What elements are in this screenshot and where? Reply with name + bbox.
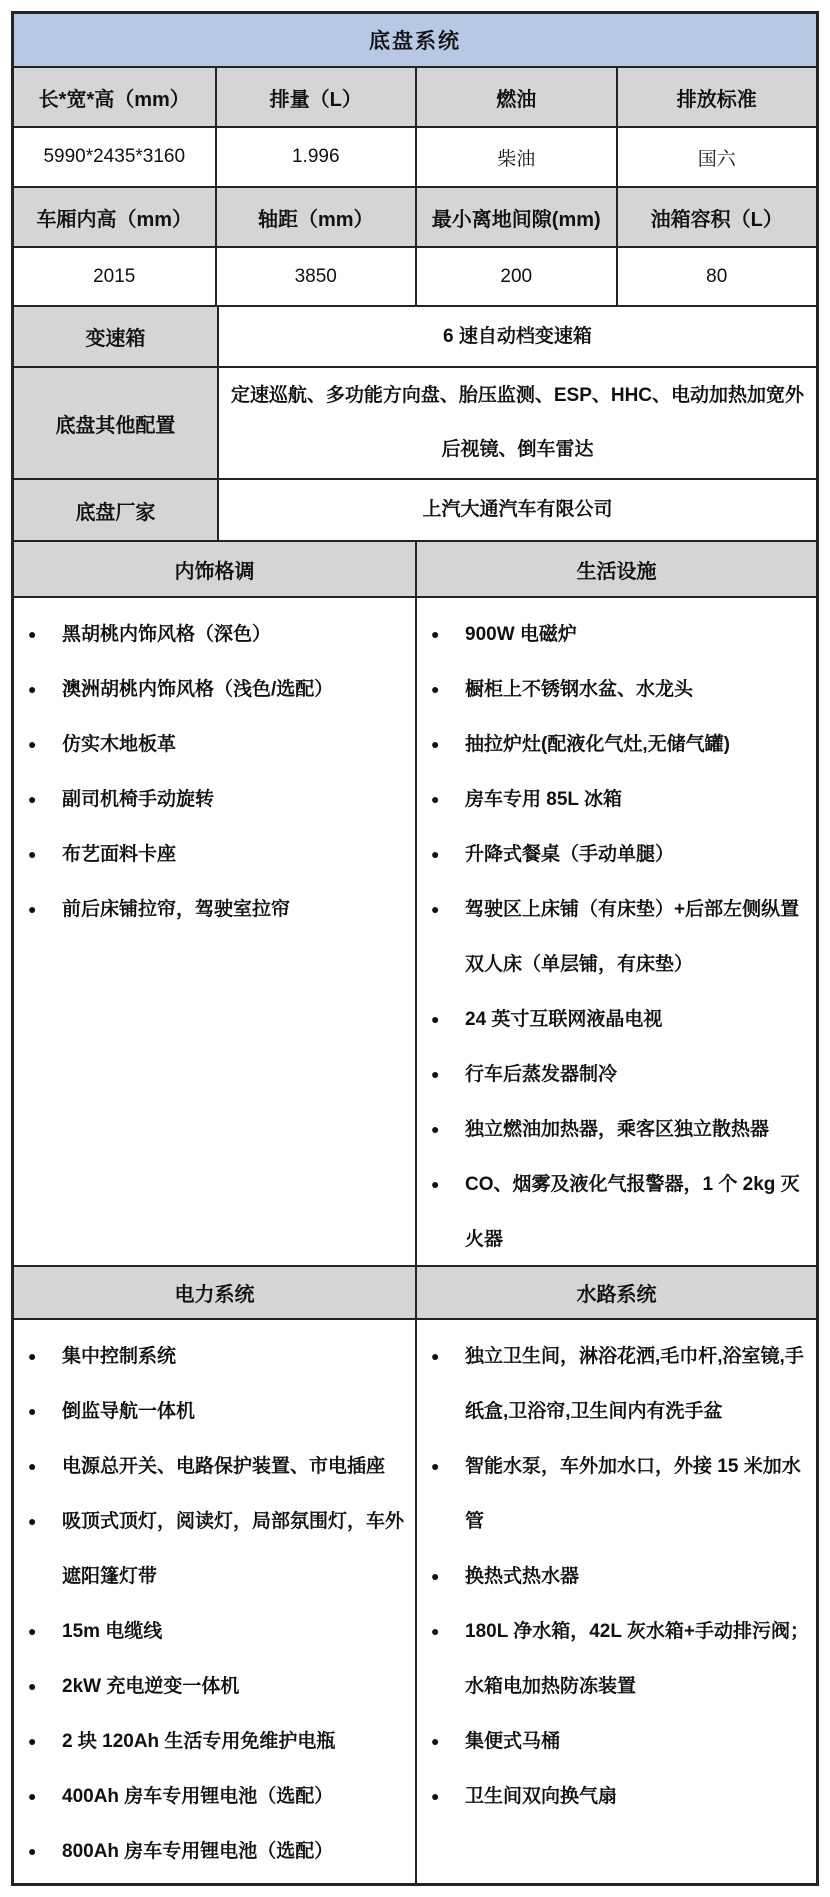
bullet-icon: ● — [431, 1102, 465, 1157]
spec-value-row-1: 5990*2435*3160 1.996 柴油 国六 — [14, 126, 816, 186]
spec-value-row-2: 2015 3850 200 80 — [14, 246, 816, 305]
list-item-text: 澳洲胡桃内饰风格（浅色/选配） — [62, 662, 411, 717]
list-item: ●换热式热水器 — [431, 1549, 812, 1604]
list-item-text: 抽拉炉灶(配液化气灶,无储气罐) — [465, 717, 812, 772]
section-lists-row-2: ●集中控制系统 ●倒监导航一体机 ●电源总开关、电路保护装置、市电插座 ●吸顶式… — [14, 1318, 816, 1883]
list-item: ●800Ah 房车专用锂电池（选配） — [28, 1824, 411, 1879]
list-item: ●2kW 充电逆变一体机 — [28, 1659, 411, 1714]
list-item-text: 800Ah 房车专用锂电池（选配） — [62, 1824, 411, 1879]
column-header: 最小离地间隙(mm) — [415, 188, 616, 246]
spec-value: 2015 — [14, 248, 215, 305]
interior-list: ●黑胡桃内饰风格（深色） ●澳洲胡桃内饰风格（浅色/选配） ●仿实木地板革 ●副… — [14, 598, 415, 1265]
section-lists-row-1: ●黑胡桃内饰风格（深色） ●澳洲胡桃内饰风格（浅色/选配） ●仿实木地板革 ●副… — [14, 596, 816, 1265]
spec-value: 国六 — [616, 128, 817, 186]
section-header-living: 生活设施 — [415, 542, 816, 596]
list-item-text: 独立卫生间，淋浴花洒,毛巾杆,浴室镜,手纸盒,卫浴帘,卫生间内有洗手盆 — [465, 1329, 812, 1439]
bullet-icon: ● — [28, 1494, 62, 1604]
list-item-text: 布艺面料卡座 — [62, 827, 411, 882]
list-item: ●吸顶式顶灯，阅读灯，局部氛围灯，车外遮阳篷灯带 — [28, 1494, 411, 1604]
list-item: ●驾驶区上床铺（有床垫）+后部左侧纵置双人床（单层铺，有床垫） — [431, 882, 812, 992]
column-header: 排放标准 — [616, 68, 817, 126]
list-item: ●布艺面料卡座 — [28, 827, 411, 882]
water-list: ●独立卫生间，淋浴花洒,毛巾杆,浴室镜,手纸盒,卫浴帘,卫生间内有洗手盆 ●智能… — [415, 1320, 816, 1883]
list-item-text: 黑胡桃内饰风格（深色） — [62, 607, 411, 662]
column-header: 长*宽*高（mm） — [14, 68, 215, 126]
list-item: ●独立卫生间，淋浴花洒,毛巾杆,浴室镜,手纸盒,卫浴帘,卫生间内有洗手盆 — [431, 1329, 812, 1439]
list-item-text: 2 块 120Ah 生活专用免维护电瓶 — [62, 1714, 411, 1769]
bullet-icon: ● — [431, 1047, 465, 1102]
bullet-icon: ● — [28, 1384, 62, 1439]
list-item: ●仿实木地板革 — [28, 717, 411, 772]
power-list: ●集中控制系统 ●倒监导航一体机 ●电源总开关、电路保护装置、市电插座 ●吸顶式… — [14, 1320, 415, 1883]
list-item: ●橱柜上不锈钢水盆、水龙头 — [431, 662, 812, 717]
bullet-icon: ● — [431, 1549, 465, 1604]
list-item-text: 升降式餐桌（手动单腿） — [465, 827, 812, 882]
bullet-icon: ● — [28, 1604, 62, 1659]
list-item-text: CO、烟雾及液化气报警器，1 个 2kg 灭火器 — [465, 1157, 812, 1265]
row-value: 上汽大通汽车有限公司 — [217, 480, 816, 540]
column-header: 油箱容积（L） — [616, 188, 817, 246]
list-item-text: 倒监导航一体机 — [62, 1384, 411, 1439]
list-item: ●副司机椅手动旋转 — [28, 772, 411, 827]
list-item-text: 吸顶式顶灯，阅读灯，局部氛围灯，车外遮阳篷灯带 — [62, 1494, 411, 1604]
list-item-text: 卫生间双向换气扇 — [465, 1769, 812, 1824]
list-item-text: 换热式热水器 — [465, 1549, 812, 1604]
list-item-text: 2kW 充电逆变一体机 — [62, 1659, 411, 1714]
list-item-text: 行车后蒸发器制冷 — [465, 1047, 812, 1102]
bullet-icon: ● — [28, 827, 62, 882]
column-header: 轴距（mm） — [215, 188, 416, 246]
bullet-icon: ● — [431, 1157, 465, 1265]
bullet-icon: ● — [28, 1329, 62, 1384]
list-item: ●集中控制系统 — [28, 1329, 411, 1384]
list-item: ●房车专用 85L 冰箱 — [431, 772, 812, 827]
spec-value: 200 — [415, 248, 616, 305]
bullet-icon: ● — [431, 992, 465, 1047]
list-item-text: 独立燃油加热器，乘客区独立散热器 — [465, 1102, 812, 1157]
bullet-icon: ● — [431, 1604, 465, 1714]
list-item-text: 电源总开关、电路保护装置、市电插座 — [62, 1439, 411, 1494]
list-item-text: 橱柜上不锈钢水盆、水龙头 — [465, 662, 812, 717]
chassis-maker-row: 底盘厂家 上汽大通汽车有限公司 — [14, 478, 816, 540]
list-item: ●倒监导航一体机 — [28, 1384, 411, 1439]
list-item: ●900W 电磁炉 — [431, 607, 812, 662]
list-item-text: 副司机椅手动旋转 — [62, 772, 411, 827]
living-list: ●900W 电磁炉 ●橱柜上不锈钢水盆、水龙头 ●抽拉炉灶(配液化气灶,无储气罐… — [415, 598, 816, 1265]
list-item-text: 驾驶区上床铺（有床垫）+后部左侧纵置双人床（单层铺，有床垫） — [465, 882, 812, 992]
spec-value: 柴油 — [415, 128, 616, 186]
bullet-icon: ● — [28, 1824, 62, 1879]
bullet-icon: ● — [431, 1439, 465, 1549]
bullet-icon: ● — [431, 1329, 465, 1439]
column-header: 排量（L） — [215, 68, 416, 126]
bullet-icon: ● — [431, 1714, 465, 1769]
bullet-icon: ● — [28, 1769, 62, 1824]
bullet-icon: ● — [28, 717, 62, 772]
list-item-text: 集中控制系统 — [62, 1329, 411, 1384]
row-value: 6 速自动档变速箱 — [217, 307, 816, 366]
list-item-text: 400Ah 房车专用锂电池（选配） — [62, 1769, 411, 1824]
spec-header-row-1: 长*宽*高（mm） 排量（L） 燃油 排放标准 — [14, 66, 816, 126]
title-row: 底盘系统 — [14, 14, 816, 66]
bullet-icon: ● — [431, 882, 465, 992]
list-item: ●独立燃油加热器，乘客区独立散热器 — [431, 1102, 812, 1157]
list-item: ●电源总开关、电路保护装置、市电插座 — [28, 1439, 411, 1494]
spec-sheet-table: 底盘系统 长*宽*高（mm） 排量（L） 燃油 排放标准 5990*2435*3… — [11, 11, 819, 1886]
spec-value: 80 — [616, 248, 817, 305]
list-item-text: 智能水泵，车外加水口，外接 15 米加水管 — [465, 1439, 812, 1549]
spec-value: 3850 — [215, 248, 416, 305]
section-header-row-1: 内饰格调 生活设施 — [14, 540, 816, 596]
row-label: 变速箱 — [14, 307, 217, 366]
section-header-interior: 内饰格调 — [14, 542, 415, 596]
bullet-icon: ● — [431, 827, 465, 882]
list-item-text: 前后床铺拉帘，驾驶室拉帘 — [62, 882, 411, 937]
list-item: ●2 块 120Ah 生活专用免维护电瓶 — [28, 1714, 411, 1769]
column-header: 燃油 — [415, 68, 616, 126]
section-header-power: 电力系统 — [14, 1267, 415, 1318]
bullet-icon: ● — [28, 1714, 62, 1769]
bullet-icon: ● — [431, 607, 465, 662]
bullet-icon: ● — [431, 772, 465, 827]
bullet-icon: ● — [28, 772, 62, 827]
gearbox-row: 变速箱 6 速自动档变速箱 — [14, 305, 816, 366]
spec-header-row-2: 车厢内高（mm） 轴距（mm） 最小离地间隙(mm) 油箱容积（L） — [14, 186, 816, 246]
list-item: ●智能水泵，车外加水口，外接 15 米加水管 — [431, 1439, 812, 1549]
list-item: ●集便式马桶 — [431, 1714, 812, 1769]
page-title: 底盘系统 — [14, 14, 816, 66]
list-item-text: 24 英寸互联网液晶电视 — [465, 992, 812, 1047]
row-label: 底盘厂家 — [14, 480, 217, 540]
list-item: ●24 英寸互联网液晶电视 — [431, 992, 812, 1047]
list-item-text: 15m 电缆线 — [62, 1604, 411, 1659]
bullet-icon: ● — [28, 882, 62, 937]
spec-value: 5990*2435*3160 — [14, 128, 215, 186]
list-item-text: 集便式马桶 — [465, 1714, 812, 1769]
column-header: 车厢内高（mm） — [14, 188, 215, 246]
list-item: ●卫生间双向换气扇 — [431, 1769, 812, 1824]
list-item: ●抽拉炉灶(配液化气灶,无储气罐) — [431, 717, 812, 772]
list-item: ●CO、烟雾及液化气报警器，1 个 2kg 灭火器 — [431, 1157, 812, 1265]
list-item: ●行车后蒸发器制冷 — [431, 1047, 812, 1102]
bullet-icon: ● — [28, 607, 62, 662]
list-item-text: 房车专用 85L 冰箱 — [465, 772, 812, 827]
list-item-text: 900W 电磁炉 — [465, 607, 812, 662]
list-item: ●前后床铺拉帘，驾驶室拉帘 — [28, 882, 411, 937]
list-item: ●180L 净水箱，42L 灰水箱+手动排污阀；水箱电加热防冻装置 — [431, 1604, 812, 1714]
list-item: ●15m 电缆线 — [28, 1604, 411, 1659]
bullet-icon: ● — [431, 717, 465, 772]
list-item: ●澳洲胡桃内饰风格（浅色/选配） — [28, 662, 411, 717]
bullet-icon: ● — [431, 1769, 465, 1824]
list-item: ●400Ah 房车专用锂电池（选配） — [28, 1769, 411, 1824]
chassis-other-row: 底盘其他配置 定速巡航、多功能方向盘、胎压监测、ESP、HHC、电动加热加宽外后… — [14, 366, 816, 478]
section-header-water: 水路系统 — [415, 1267, 816, 1318]
bullet-icon: ● — [28, 662, 62, 717]
bullet-icon: ● — [431, 662, 465, 717]
list-item: ●黑胡桃内饰风格（深色） — [28, 607, 411, 662]
list-item-text: 180L 净水箱，42L 灰水箱+手动排污阀；水箱电加热防冻装置 — [465, 1604, 812, 1714]
bullet-icon: ● — [28, 1659, 62, 1714]
row-label: 底盘其他配置 — [14, 368, 217, 478]
spec-value: 1.996 — [215, 128, 416, 186]
bullet-icon: ● — [28, 1439, 62, 1494]
section-header-row-2: 电力系统 水路系统 — [14, 1265, 816, 1318]
list-item-text: 仿实木地板革 — [62, 717, 411, 772]
list-item: ●升降式餐桌（手动单腿） — [431, 827, 812, 882]
row-value: 定速巡航、多功能方向盘、胎压监测、ESP、HHC、电动加热加宽外后视镜、倒车雷达 — [217, 368, 816, 478]
